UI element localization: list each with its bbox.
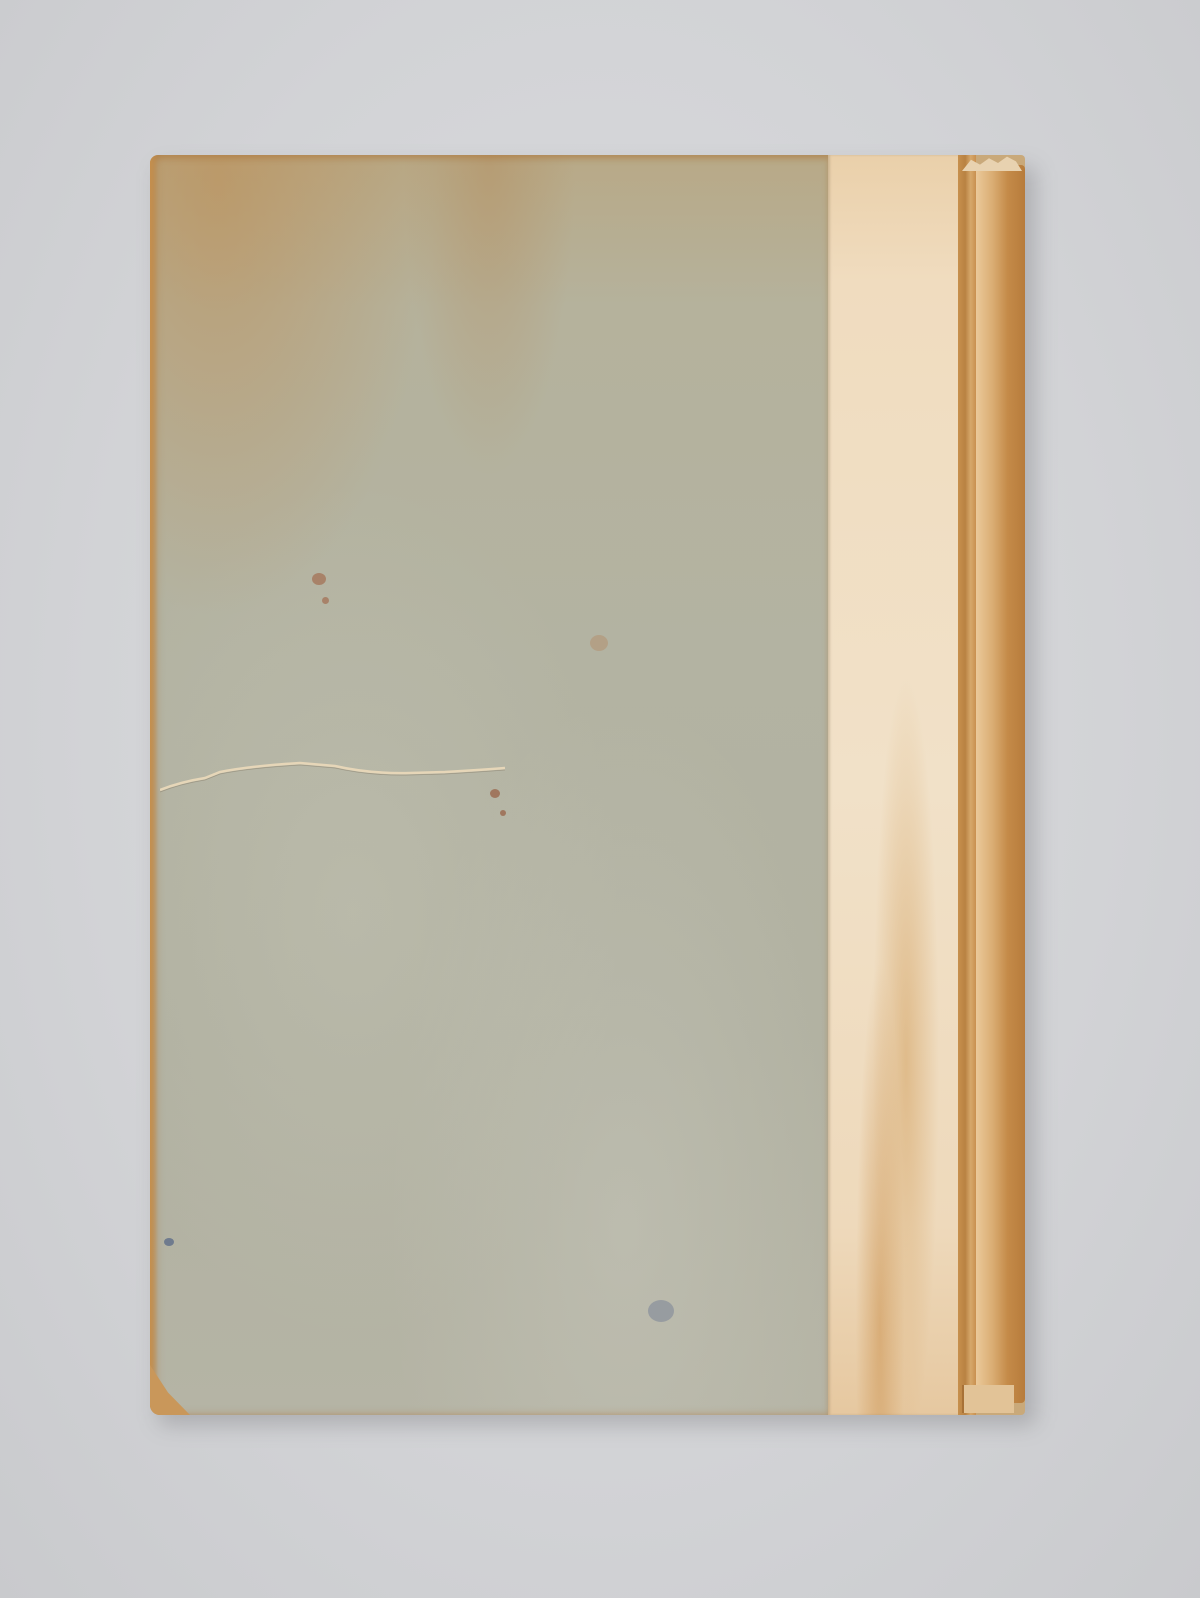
foxing-stain: [490, 789, 500, 798]
ink-mark: [164, 1238, 174, 1246]
book-back-cover: [150, 155, 1025, 1415]
foxing-stain: [322, 597, 329, 604]
spine-hinge: [958, 155, 976, 1415]
spine-bottom-tear: [962, 1385, 1014, 1413]
ink-mark: [648, 1300, 674, 1322]
worn-left-edge: [150, 155, 158, 1415]
foxing-stain: [312, 573, 326, 585]
foxing-stain: [590, 635, 608, 651]
book-spine: [976, 165, 1025, 1403]
cover-crease: [160, 760, 520, 800]
paper-strip: [828, 155, 958, 1415]
foxing-stain: [500, 810, 506, 816]
cover-board: [150, 155, 828, 1415]
